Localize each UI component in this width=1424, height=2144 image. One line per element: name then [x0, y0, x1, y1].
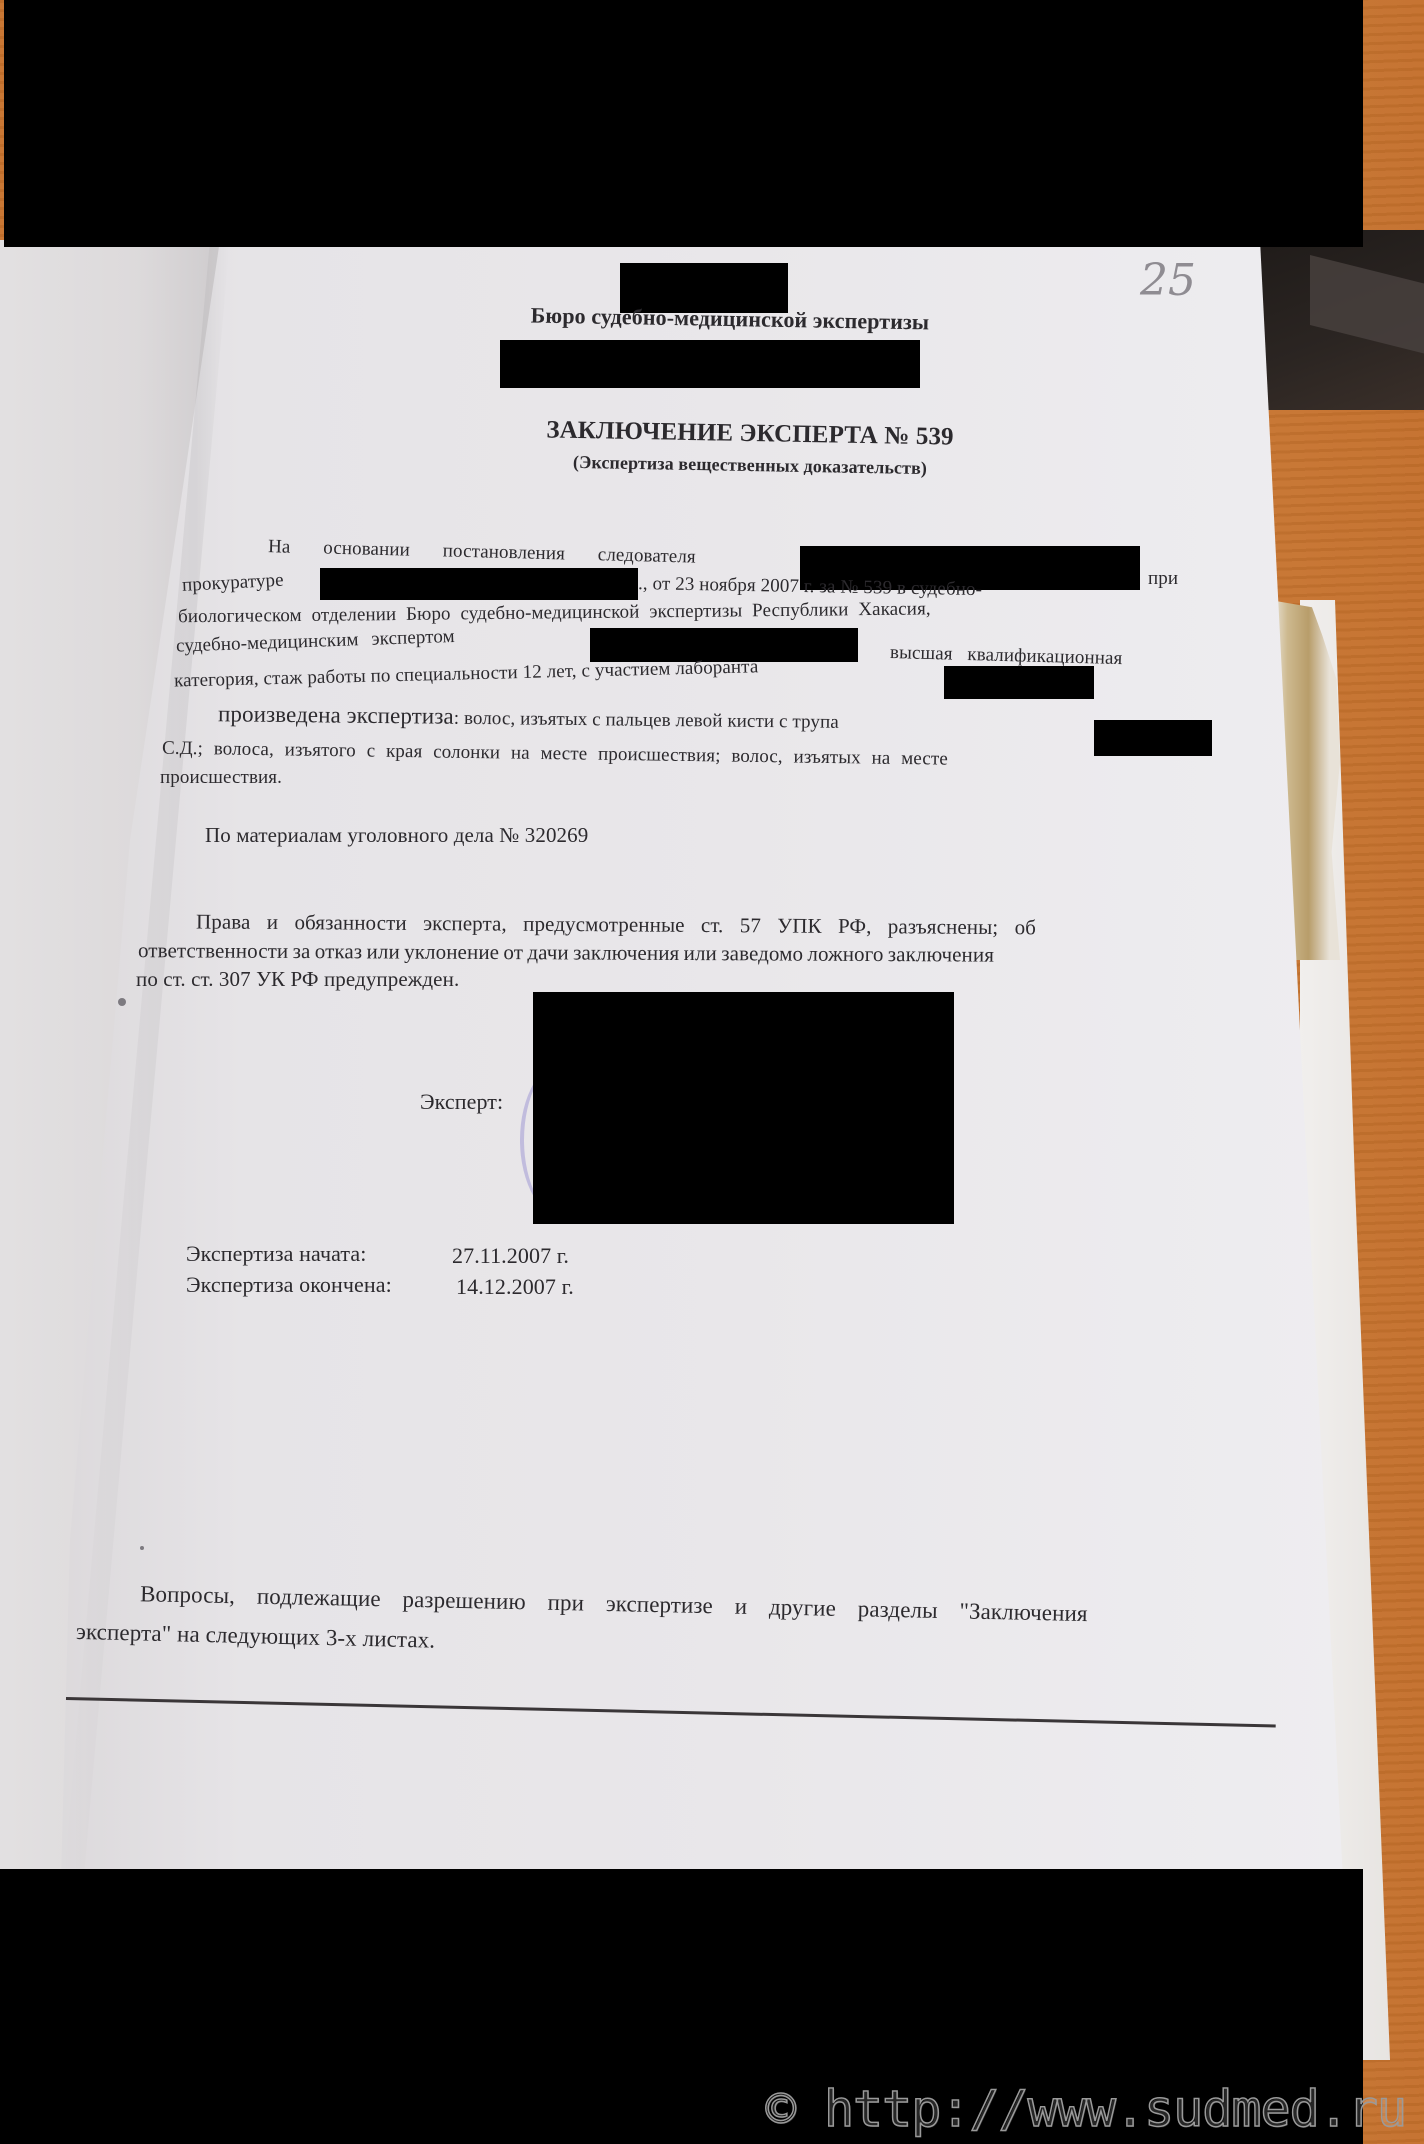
word: основании: [323, 538, 410, 561]
expert-label: Эксперт:: [420, 1088, 530, 1115]
expertise-line-3: происшествия.: [160, 764, 460, 791]
copyright-watermark: © http://www.sudmed.ru: [766, 2080, 1406, 2138]
paper-speck: [118, 998, 126, 1006]
date-started-value: 27.11.2007 г.: [452, 1242, 652, 1269]
date-started-label: Экспертиза начата:: [186, 1240, 446, 1267]
redaction-expert-signature: [533, 992, 954, 1224]
binder-shape: [1310, 255, 1424, 355]
rights-line-3: по ст. ст. 307 УК РФ предупрежден.: [136, 966, 636, 993]
date-ended-value: 14.12.2007 г.: [456, 1273, 656, 1300]
word: На: [268, 536, 291, 558]
word: постановления: [442, 540, 565, 564]
rights-line-2: ответственности за отказ или уклонение о…: [138, 937, 1223, 970]
handwritten-page-number: 25: [1140, 255, 1220, 325]
paper-speck: [140, 1546, 144, 1550]
intro-line-2-end: при: [1148, 565, 1198, 592]
case-materials: По материалам уголовного дела № 320269: [205, 822, 805, 849]
redaction-lab-assistant: [944, 666, 1094, 699]
word: следователя: [598, 544, 696, 567]
redaction-top-bar: [4, 0, 1363, 247]
redaction-region-name: [500, 340, 920, 388]
expertise-lead: произведена экспертиза: [218, 701, 454, 728]
date-ended-label: Экспертиза окончена:: [186, 1271, 446, 1298]
redaction-prosecutor-office: [320, 568, 638, 600]
expertise-line-1-rest: : волос, изъятых с пальцев левой кисти с…: [454, 708, 839, 733]
